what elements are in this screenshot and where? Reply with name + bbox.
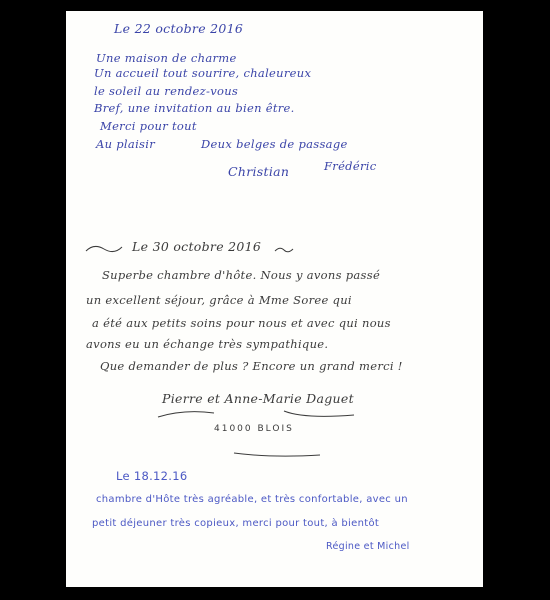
entry-1-signature-note: Deux belges de passage: [201, 137, 348, 151]
entry-1-date: Le 22 octobre 2016: [114, 21, 243, 36]
signature-underline-icon: [154, 407, 364, 421]
decorative-swash-icon: [274, 245, 294, 255]
entry-1-line: Une maison de charme: [96, 51, 237, 65]
entry-1-line: le soleil au rendez-vous: [94, 84, 238, 98]
entry-2-line: avons eu un échange très sympathique.: [86, 337, 328, 351]
entry-2-date: Le 30 octobre 2016: [132, 239, 261, 254]
entry-2-location: 41000 BLOIS: [214, 424, 294, 434]
entry-1-line: Bref, une invitation au bien être.: [94, 101, 295, 115]
entry-1-line: Merci pour tout: [100, 119, 197, 133]
entry-1-line: Un accueil tout sourire, chaleureux: [94, 66, 311, 80]
entry-2-line: un excellent séjour, grâce à Mme Soree q…: [86, 293, 352, 307]
entry-3-line: petit déjeuner très copieux, merci pour …: [92, 518, 379, 529]
entry-2-line: Superbe chambre d'hôte. Nous y avons pas…: [102, 268, 380, 282]
entry-1-signature: Christian: [228, 164, 289, 179]
entry-3-line: chambre d'Hôte très agréable, et très co…: [96, 494, 408, 505]
entry-2-line: a été aux petits soins pour nous et avec…: [92, 316, 391, 330]
decorative-swash-icon: [84, 243, 124, 255]
guestbook-page: Le 22 octobre 2016 Une maison de charme …: [66, 11, 483, 587]
entry-2-signature: Pierre et Anne-Marie Daguet: [162, 391, 354, 406]
entry-3-date: Le 18.12.16: [116, 469, 187, 483]
decorative-swash-icon: [232, 449, 322, 459]
entry-1-signature: Frédéric: [324, 159, 376, 173]
entry-1-line: Au plaisir: [96, 137, 155, 151]
entry-3-signature: Régine et Michel: [326, 541, 410, 552]
entry-2-line: Que demander de plus ? Encore un grand m…: [100, 359, 403, 373]
